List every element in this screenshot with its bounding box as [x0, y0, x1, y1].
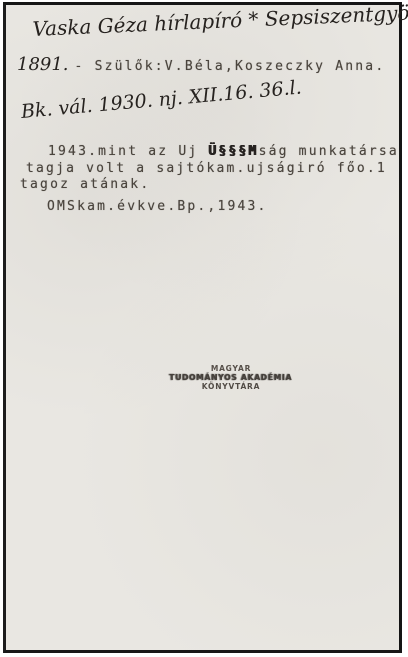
handwritten-note-line: Bk. vál. 1930. nj. XII.16. 36.l. — [20, 77, 302, 123]
typed-paragraph-line1-prefix: 1943.mint az Uj — [48, 144, 208, 159]
index-card: Vaska Géza hírlapíró * Sepsiszentgyörgy … — [3, 2, 402, 653]
typed-paragraph-line2: tagja volt a sajtókam.ujságiró főo.1 — [18, 161, 395, 178]
handwritten-birth-year: 1891. — [17, 54, 69, 75]
library-stamp: MAGYAR TUDOMÁNYOS AKADÉMIA KÖNYVTÁRA — [156, 364, 306, 391]
library-stamp-line2: TUDOMÁNYOS AKADÉMIA — [156, 373, 306, 382]
typed-paragraph-line1-suffix: ság munkatársa — [259, 144, 399, 159]
handwritten-name-line: Vaska Géza hírlapíró * Sepsiszentgyörgy — [32, 0, 408, 41]
source-citation: OMSkam.évkve.Bp.,1943. — [47, 199, 268, 214]
typed-overstrike-text: Ü§§§M — [208, 144, 258, 159]
typed-parents-text: - Szülők:V.Béla,Koszeczky Anna. — [75, 59, 386, 74]
library-stamp-line1: MAGYAR — [156, 364, 306, 373]
birth-line: 1891. - Szülők:V.Béla,Koszeczky Anna. — [17, 54, 385, 75]
library-stamp-line3: KÖNYVTÁRA — [156, 382, 306, 391]
typed-paragraph-line1: 1943.mint az Uj Ü§§§Mság munkatársa — [18, 144, 395, 161]
scanned-photo: Vaska Géza hírlapíró * Sepsiszentgyörgy … — [0, 0, 408, 657]
typed-paragraph-line3: tagoz atának. — [18, 177, 395, 194]
typed-paragraph: 1943.mint az Uj Ü§§§Mság munkatársa tagj… — [18, 144, 395, 194]
